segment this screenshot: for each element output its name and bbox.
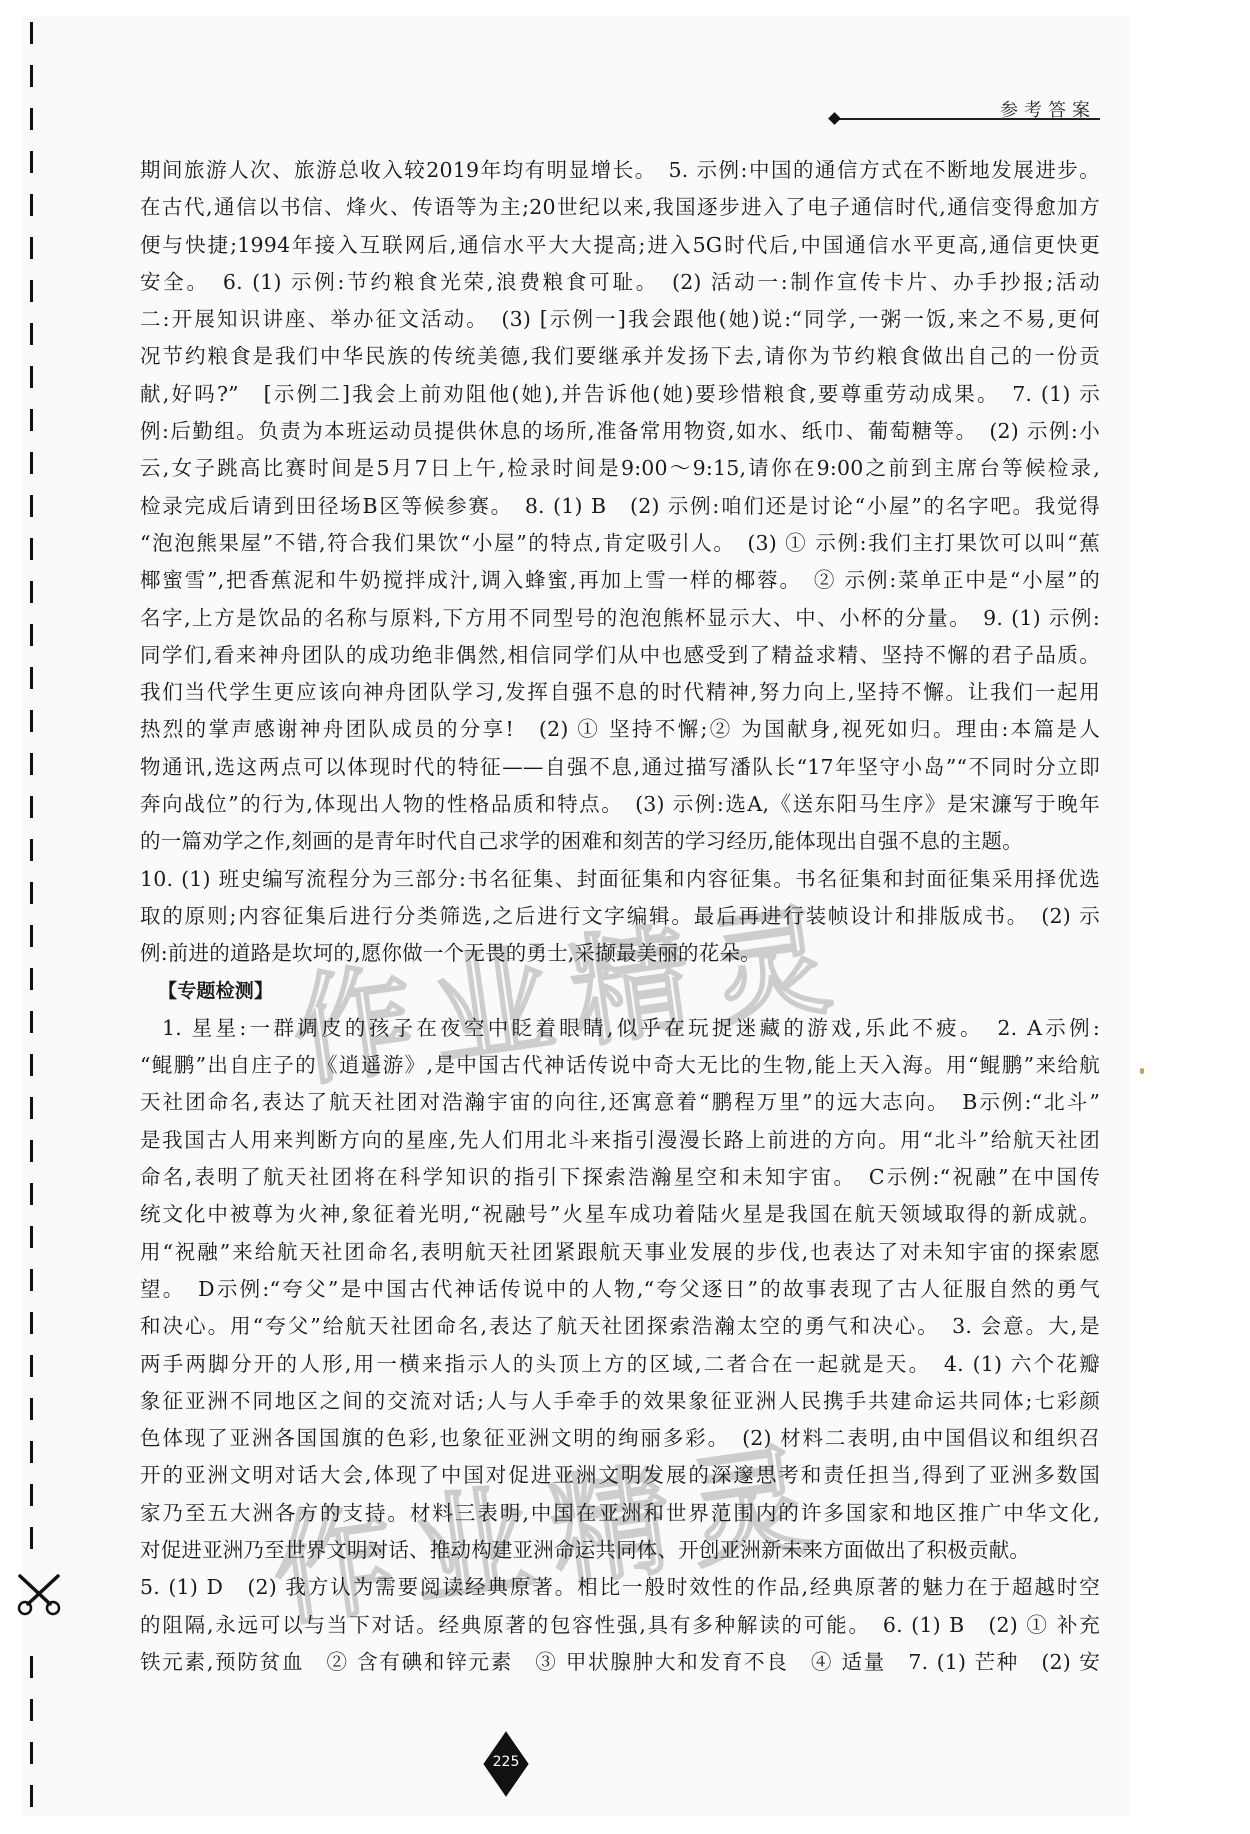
text-line: 天社团命名,表达了航天社团对浩瀚宇宙的向往,还寓意着“鹏程万里”的远大志向。 B… xyxy=(140,1084,1100,1121)
cut-line xyxy=(30,22,36,1822)
cut-line-dash xyxy=(30,882,33,904)
cut-line-dash xyxy=(30,22,33,44)
cut-line-dash xyxy=(30,1398,33,1420)
text-line: 安全。 6. (1) 示例:节约粮食光荣,浪费粮食可耻。 (2) 活动一:制作宣… xyxy=(140,264,1100,301)
cut-line-dash xyxy=(30,925,33,947)
text-line: 开的亚洲文明对话大会,体现了中国对促进亚洲文明发展的深邃思考和责任担当,得到了亚… xyxy=(140,1457,1100,1494)
text-line: 的阻隔,永远可以与当下对话。经典原著的包容性强,具有多种解读的可能。 6. (1… xyxy=(140,1607,1100,1644)
text-line: 例:后勤组。负责为本班运动员提供休息的场所,准备常用物资,如水、纸巾、葡萄糖等。… xyxy=(140,413,1100,450)
text-line: 同学们,看来神舟团队的成功绝非偶然,相信同学们从中也感受到了精益求精、坚持不懈的… xyxy=(140,637,1100,674)
section-heading: 【专题检测】 xyxy=(140,973,1100,1010)
cut-line-dash xyxy=(30,65,33,87)
cut-line-dash xyxy=(30,237,33,259)
cut-line-dash xyxy=(30,710,33,732)
cut-line-dash xyxy=(30,667,33,689)
header-rule xyxy=(836,118,1100,120)
text-line: 奔向战位”的行为,体现出人物的性格品质和特点。 (3) 示例:选A,《送东阳马生… xyxy=(140,786,1100,823)
text-line: 献,好吗?” [示例二]我会上前劝阻他(她),并告诉他(她)要珍惜粮食,要尊重劳… xyxy=(140,376,1100,413)
cut-line-dash xyxy=(30,1054,33,1076)
text-line: 二:开展知识讲座、举办征文活动。 (3) [示例一]我会跟他(她)说:“同学,一… xyxy=(140,301,1100,338)
text-line: 检录完成后请到田径场B区等候参赛。 8. (1) B (2) 示例:咱们还是讨论… xyxy=(140,488,1100,525)
text-line: 象征亚洲不同地区之间的交流对话;人与人手牵手的效果象征亚洲人民携手共建命运共同体… xyxy=(140,1383,1100,1420)
text-line: 家乃至五大洲各方的支持。材料三表明,中国在亚洲和世界范围内的许多国家和地区推广中… xyxy=(140,1495,1100,1532)
cut-line-dash xyxy=(30,624,33,646)
cut-line-dash xyxy=(30,108,33,130)
cut-line-dash xyxy=(30,1226,33,1248)
cut-line-dash xyxy=(30,452,33,474)
page-number-label: 225 xyxy=(484,1754,528,1770)
scissors-icon xyxy=(16,1572,62,1618)
text-line: 云,女子跳高比赛时间是5月7日上午,检录时间是9:00～9:15,请你在9:00… xyxy=(140,450,1100,487)
cut-line-dash xyxy=(30,495,33,517)
cut-line-dash xyxy=(30,839,33,861)
text-line: 用“祝融”来给航天社团命名,表明航天社团紧跟航天事业发展的步伐,也表达了对未知宇… xyxy=(140,1234,1100,1271)
text-line: 命名,表明了航天社团将在科学知识的指引下探索浩瀚星空和未知宇宙。 C示例:“祝融… xyxy=(140,1159,1100,1196)
text-line: 热烈的掌声感谢神舟团队成员的分享! (2) ① 坚持不懈;② 为国献身,视死如归… xyxy=(140,711,1100,748)
cut-line-dash xyxy=(30,968,33,990)
cut-line-dash xyxy=(30,1742,33,1764)
text-line: 色体现了亚洲各国国旗的色彩,也象征亚洲文明的绚丽多彩。 (2) 材料二表明,由中… xyxy=(140,1420,1100,1457)
scan-speck xyxy=(1140,1068,1144,1074)
answer-text: 期间旅游人次、旅游总收入较2019年均有明显增长。 5. 示例:中国的通信方式在… xyxy=(140,152,1100,1681)
text-line: “泡泡熊果屋”不错,符合我们果饮“小屋”的特点,肯定吸引人。 (3) ① 示例:… xyxy=(140,525,1100,562)
cut-line-dash xyxy=(30,1527,33,1549)
cut-line-dash xyxy=(30,1312,33,1334)
cut-line-dash xyxy=(30,538,33,560)
text-line: 统文化中被尊为火神,象征着光明,“祝融号”火星车成功着陆火星是我国在航天领域取得… xyxy=(140,1196,1100,1233)
cut-line-dash xyxy=(30,1269,33,1291)
text-line: 1. 星星:一群调皮的孩子在夜空中眨着眼睛,似乎在玩捉迷藏的游戏,乐此不疲。 2… xyxy=(140,1010,1100,1047)
text-line: 10. (1) 班史编写流程分为三部分:书名征集、封面征集和内容征集。书名征集和… xyxy=(140,861,1100,898)
text-line: 取的原则;内容征集后进行分类筛选,之后进行文字编辑。最后再进行装帧设计和排版成书… xyxy=(140,898,1100,935)
page-header: 参考答案 xyxy=(820,92,1100,132)
text-line: 望。 D示例:“夸父”是中国古代神话传说中的人物,“夸父逐日”的故事表现了古人征… xyxy=(140,1271,1100,1308)
text-line: 和决心。用“夸父”给航天社团命名,表达了航天社团探索浩瀚太空的勇气和决心。 3.… xyxy=(140,1308,1100,1345)
text-line: 我们当代学生更应该向神舟团队学习,发挥自强不息的时代精神,努力向上,坚持不懈。让… xyxy=(140,674,1100,711)
cut-line-dash xyxy=(30,151,33,173)
text-line: 5. (1) D (2) 我方认为需要阅读经典原著。相比一般时效性的作品,经典原… xyxy=(140,1569,1100,1606)
diamond-icon xyxy=(828,112,841,125)
cut-line-dash xyxy=(30,1699,33,1721)
cut-line-dash xyxy=(30,280,33,302)
cut-line-dash xyxy=(30,194,33,216)
cut-line-dash xyxy=(30,1140,33,1162)
text-line: 是我国古人用来判断方向的星座,先人们用北斗来指引漫漫长路上前进的方向。用“北斗”… xyxy=(140,1122,1100,1159)
cut-line-dash xyxy=(30,366,33,388)
cut-line-dash xyxy=(30,409,33,431)
cut-line-dash xyxy=(30,1785,33,1807)
text-line: 椰蜜雪”,把香蕉泥和牛奶搅拌成汁,调入蜂蜜,再加上雪一样的椰蓉。 ② 示例:菜单… xyxy=(140,562,1100,599)
text-line: 铁元素,预防贫血 ② 含有碘和锌元素 ③ 甲状腺肿大和发育不良 ④ 适量 7. … xyxy=(140,1644,1100,1681)
cut-line-dash xyxy=(30,1011,33,1033)
cut-line-dash xyxy=(30,753,33,775)
text-line: 物通讯,选这两点可以体现时代的特征——自强不息,通过描写潘队长“17年坚守小岛”… xyxy=(140,749,1100,786)
text-line: 期间旅游人次、旅游总收入较2019年均有明显增长。 5. 示例:中国的通信方式在… xyxy=(140,152,1100,189)
text-line: 在古代,通信以书信、烽火、传语等为主;20世纪以来,我国逐步进入了电子通信时代,… xyxy=(140,189,1100,226)
cut-line-dash xyxy=(30,1355,33,1377)
cut-line-dash xyxy=(30,323,33,345)
cut-line-dash xyxy=(30,1097,33,1119)
page-number: 225 xyxy=(484,1742,528,1786)
cut-line-dash xyxy=(30,796,33,818)
cut-line-dash xyxy=(30,1441,33,1463)
text-line: 对促进亚洲乃至世界文明对话、推动构建亚洲命运共同体、开创亚洲新未来方面做出了积极… xyxy=(140,1532,1100,1569)
text-line: 两手两脚分开的人形,用一横来指示人的头顶上方的区域,二者合在一起就是天。 4. … xyxy=(140,1346,1100,1383)
cut-line-dash xyxy=(30,581,33,603)
text-line: 例:前进的道路是坎坷的,愿你做一个无畏的勇士,采撷最美丽的花朵。 xyxy=(140,935,1100,972)
text-line: 便与快捷;1994年接入互联网后,通信水平大大提高;进入5G时代后,中国通信水平… xyxy=(140,227,1100,264)
text-line: 的一篇劝学之作,刻画的是青年时代自己求学的困难和刻苦的学习经历,能体现出自强不息… xyxy=(140,823,1100,860)
text-line: 名字,上方是饮品的名称与原料,下方用不同型号的泡泡熊杯显示大、中、小杯的分量。 … xyxy=(140,600,1100,637)
text-line: “鲲鹏”出自庄子的《逍遥游》,是中国古代神话传说中奇大无比的生物,能上天入海。用… xyxy=(140,1047,1100,1084)
text-line: 况节约粮食是我们中华民族的传统美德,我们要继承并发扬下去,请你为节约粮食做出自己… xyxy=(140,338,1100,375)
cut-line-dash xyxy=(30,1484,33,1506)
cut-line-dash xyxy=(30,1656,33,1678)
cut-line-dash xyxy=(30,1183,33,1205)
